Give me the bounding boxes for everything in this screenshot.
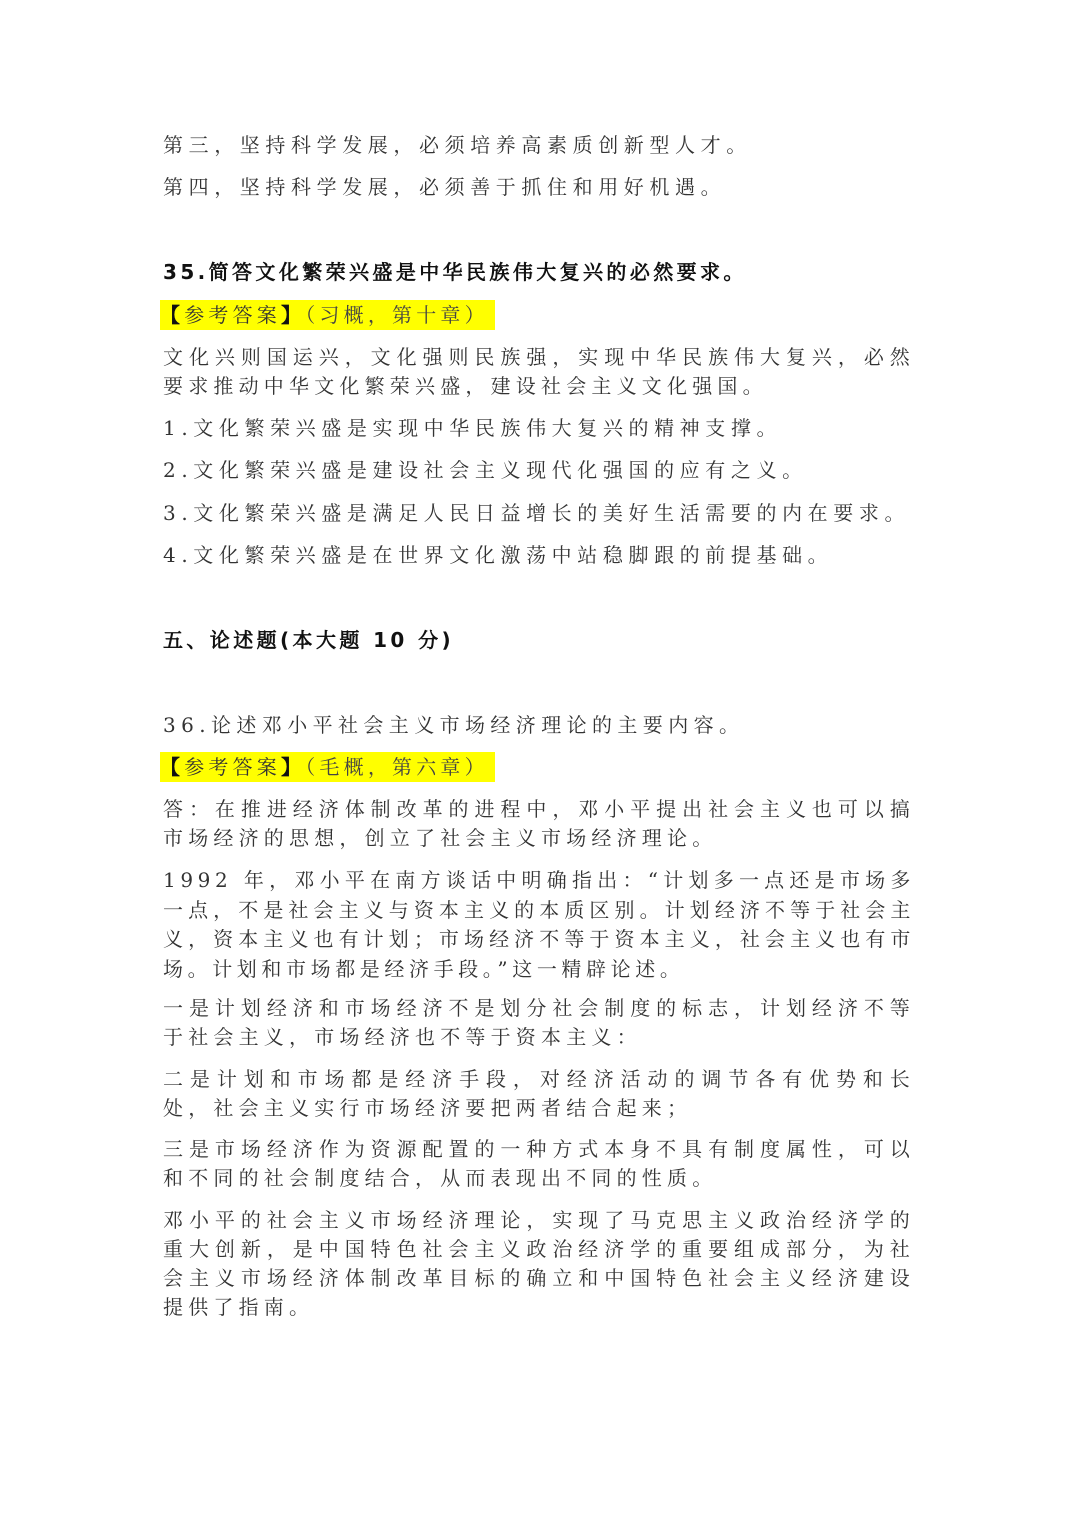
- answer-tag-q36: 【参考答案】（毛概，第六章）: [160, 752, 495, 782]
- text-line-fourth-point: 第四，坚持科学发展，必须善于抓住和用好机遇。: [163, 173, 726, 201]
- q36-answer-paragraph-4: 二是计划和市场都是经济手段，对经济活动的调节各有优势和长处，社会主义实行市场经济…: [163, 1065, 915, 1123]
- answer-label: 参考答案: [184, 303, 281, 327]
- question-36-title: 36.论述邓小平社会主义市场经济理论的主要内容。: [163, 711, 744, 739]
- close-bracket: 】: [281, 755, 305, 779]
- open-bracket: 【: [160, 755, 184, 779]
- q35-point-4: 4.文化繁荣兴盛是在世界文化激荡中站稳脚跟的前提基础。: [163, 541, 833, 569]
- section-5-title: 五、论述题(本大题 10 分): [163, 626, 454, 654]
- text-line-third-point: 第三，坚持科学发展，必须培养高素质创新型人才。: [163, 131, 752, 159]
- q35-intro-paragraph: 文化兴则国运兴，文化强则民族强，实现中华民族伟大复兴，必然要求推动中华文化繁荣兴…: [163, 343, 915, 401]
- answer-tag-q35: 【参考答案】（习概，第十章）: [160, 300, 495, 330]
- answer-label: 参考答案: [184, 755, 281, 779]
- q35-point-3: 3.文化繁荣兴盛是满足人民日益增长的美好生活需要的内在要求。: [163, 499, 910, 527]
- answer-source: （习概，第十章）: [305, 303, 489, 327]
- q36-answer-paragraph-5: 三是市场经济作为资源配置的一种方式本身不具有制度属性，可以和不同的社会制度结合，…: [163, 1135, 915, 1193]
- close-bracket: 】: [281, 303, 305, 327]
- q36-answer-paragraph-3: 一是计划经济和市场经济不是划分社会制度的标志，计划经济不等于社会主义，市场经济也…: [163, 994, 915, 1052]
- open-bracket: 【: [160, 303, 184, 327]
- q36-answer-paragraph-2: 1992 年，邓小平在南方谈话中明确指出：“计划多一点还是市场多一点，不是社会主…: [163, 866, 915, 984]
- question-35-title: 35.简答文化繁荣兴盛是中华民族伟大复兴的必然要求。: [163, 258, 747, 286]
- q35-point-2: 2.文化繁荣兴盛是建设社会主义现代化强国的应有之义。: [163, 456, 808, 484]
- q36-answer-paragraph-1: 答：在推进经济体制改革的进程中，邓小平提出社会主义也可以搞市场经济的思想，创立了…: [163, 795, 915, 853]
- q35-point-1: 1.文化繁荣兴盛是实现中华民族伟大复兴的精神支撑。: [163, 414, 782, 442]
- q36-answer-paragraph-6: 邓小平的社会主义市场经济理论，实现了马克思主义政治经济学的重大创新，是中国特色社…: [163, 1206, 915, 1322]
- answer-source: （毛概，第六章）: [305, 755, 489, 779]
